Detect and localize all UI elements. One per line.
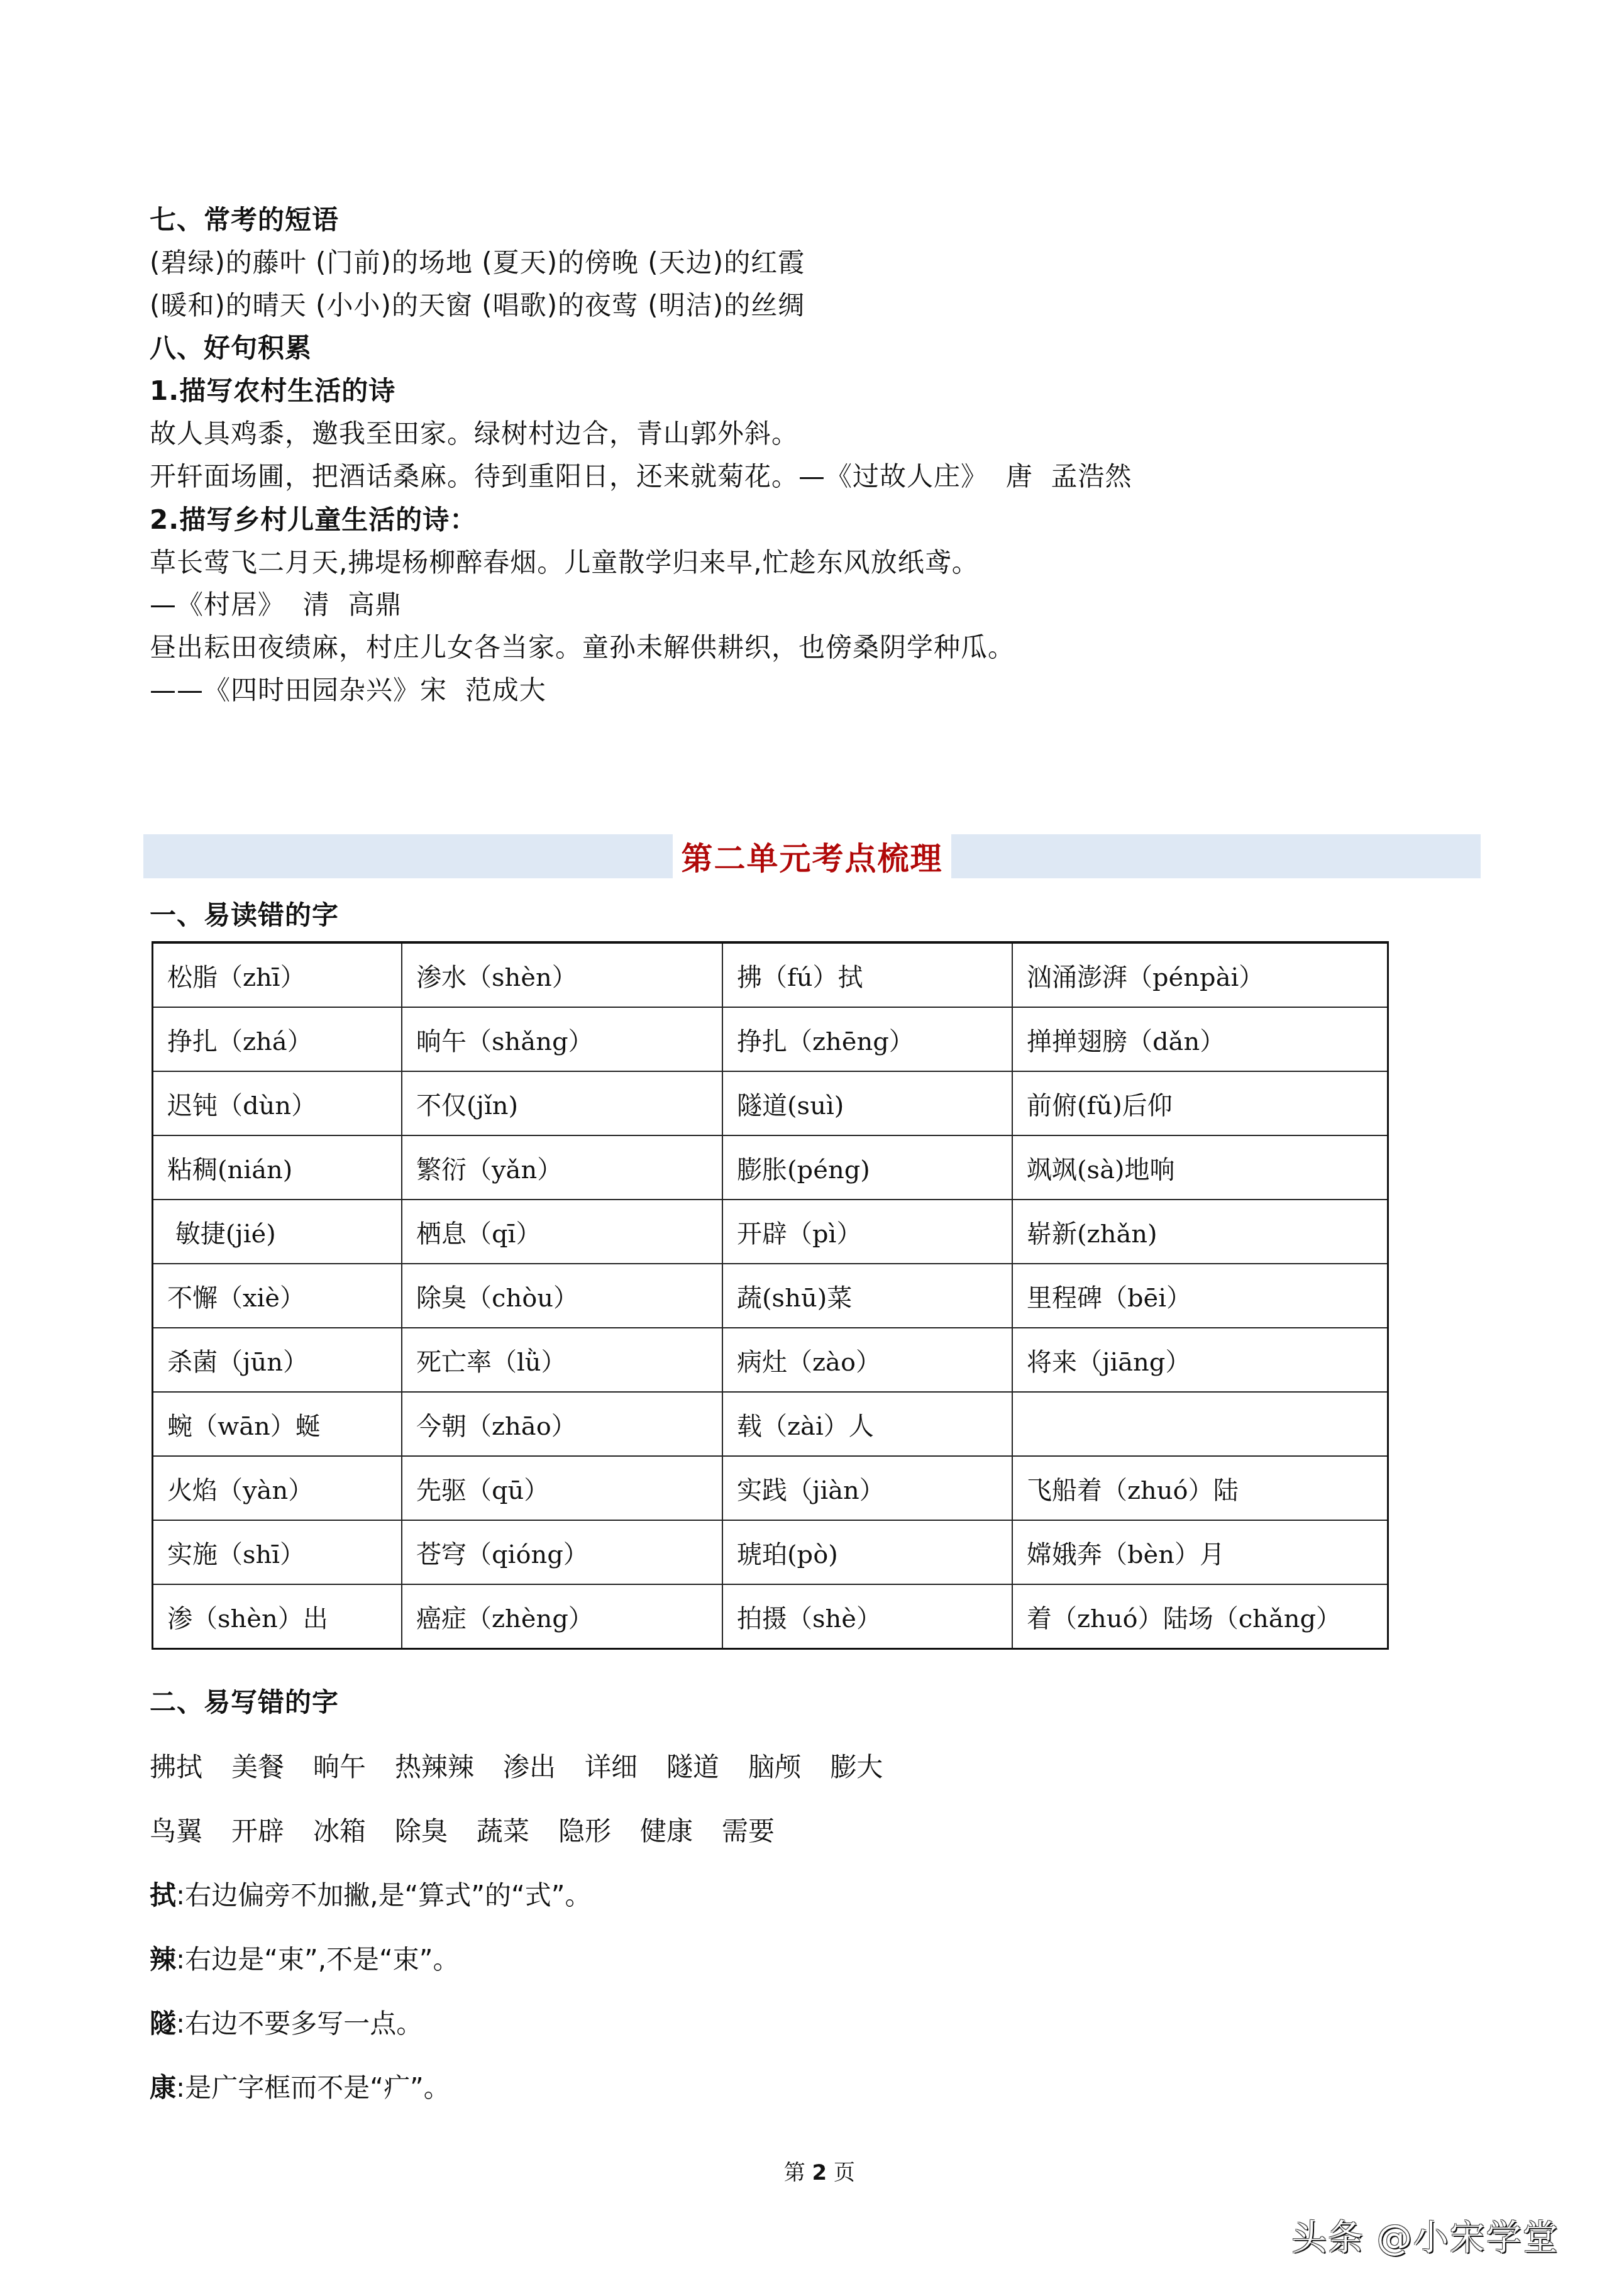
writing-heading: 二、易写错的字 xyxy=(150,1685,339,1720)
word-item: 隐形 xyxy=(558,1816,611,1846)
readings-heading: 一、易读错的字 xyxy=(150,898,339,933)
table-cell: 病灶（zào） xyxy=(722,1328,1012,1392)
table-cell: 死亡率（lǜ） xyxy=(402,1328,722,1392)
phrase-line-1: (碧绿)的藤叶 (门前)的场地 (夏天)的傍晚 (天边)的红霞 xyxy=(150,245,805,280)
poem-line: 昼出耘田夜绩麻，村庄儿女各当家。童孙未解供耕织，也傍桑阴学种瓜。 xyxy=(150,630,1015,665)
page-number-value: 2 xyxy=(812,2160,827,2185)
table-cell: 里程碑（bēi） xyxy=(1012,1264,1388,1328)
table-row: 松脂（zhī） 渗水（shèn） 拂（fú）拭 汹涌澎湃（pénpài） xyxy=(153,942,1388,1007)
section-8-heading: 八、好句积累 xyxy=(150,331,312,366)
table-cell: 琥珀(pò) xyxy=(722,1520,1012,1584)
table-cell: 迟钝（dùn） xyxy=(153,1071,402,1135)
writing-note: 辣:右边是“束”,不是“束”。 xyxy=(150,1939,460,1977)
word-item: 健康 xyxy=(640,1816,693,1846)
word-list-row-1: 拂拭美餐晌午热辣辣渗出详细隧道脑颅膨大 xyxy=(150,1747,912,1784)
table-row: 火焰（yàn） 先驱（qū） 实践（jiàn） 飞船着（zhuó）陆 xyxy=(153,1456,1388,1520)
word-item: 隧道 xyxy=(666,1752,719,1782)
poem-line: 草长莺飞二月天,拂堤杨柳醉春烟。儿童散学归来早,忙趁东风放纸鸢。 xyxy=(150,545,979,580)
note-character: 隧 xyxy=(150,2008,176,2039)
page-number-prefix: 第 xyxy=(784,2160,812,2185)
table-cell: 掸掸翅膀（dǎn） xyxy=(1012,1007,1388,1071)
note-character: 拭 xyxy=(150,1880,176,1911)
table-cell: 隧道(suì) xyxy=(722,1071,1012,1135)
table-cell: 癌症（zhèng） xyxy=(402,1584,722,1649)
table-cell: 渗（shèn）出 xyxy=(153,1584,402,1649)
subsection-2-heading: 2.描写乡村儿童生活的诗： xyxy=(150,502,477,538)
word-item: 热辣辣 xyxy=(395,1752,474,1782)
word-item: 渗出 xyxy=(503,1752,556,1782)
table-cell: 渗水（shèn） xyxy=(402,942,722,1007)
word-item: 开辟 xyxy=(231,1816,284,1846)
table-row: 敏捷(jié) 栖息（qī） 开辟（pì） 崭新(zhǎn) xyxy=(153,1200,1388,1264)
table-cell: 将来（jiāng） xyxy=(1012,1328,1388,1392)
poem-line: 故人具鸡黍，邀我至田家。绿树村边合，青山郭外斜。 xyxy=(150,416,798,451)
table-cell: 实施（shī） xyxy=(153,1520,402,1584)
table-cell: 松脂（zhī） xyxy=(153,942,402,1007)
table-cell: 开辟（pì） xyxy=(722,1200,1012,1264)
table-cell: 挣扎（zhēng） xyxy=(722,1007,1012,1071)
word-item: 需要 xyxy=(722,1816,775,1846)
table-cell-empty xyxy=(1012,1392,1388,1456)
table-cell: 飒飒(sà)地响 xyxy=(1012,1135,1388,1200)
note-text: :右边不要多写一点。 xyxy=(176,2008,423,2039)
table-cell: 栖息（qī） xyxy=(402,1200,722,1264)
note-text: :是广字框而不是“疒”。 xyxy=(176,2072,450,2103)
phrase-line-2: (暖和)的晴天 (小小)的天窗 (唱歌)的夜莺 (明洁)的丝绸 xyxy=(150,288,805,323)
table-cell: 敏捷(jié) xyxy=(153,1200,402,1264)
note-text: :右边是“束”,不是“束”。 xyxy=(176,1944,460,1975)
word-item: 美餐 xyxy=(231,1752,284,1782)
table-cell: 先驱（qū） xyxy=(402,1456,722,1520)
table-row: 实施（shī） 苍穹（qióng） 琥珀(pò) 嫦娥奔（bèn）月 xyxy=(153,1520,1388,1584)
readings-table: 松脂（zhī） 渗水（shèn） 拂（fú）拭 汹涌澎湃（pénpài） 挣扎（… xyxy=(152,941,1389,1650)
table-cell: 前俯(fǔ)后仰 xyxy=(1012,1071,1388,1135)
word-item: 除臭 xyxy=(395,1816,448,1846)
table-row: 杀菌（jūn） 死亡率（lǜ） 病灶（zào） 将来（jiāng） xyxy=(153,1328,1388,1392)
table-cell: 今朝（zhāo） xyxy=(402,1392,722,1456)
table-cell: 粘稠(nián) xyxy=(153,1135,402,1200)
table-row: 粘稠(nián) 繁衍（yǎn） 膨胀(péng) 飒飒(sà)地响 xyxy=(153,1135,1388,1200)
table-cell: 杀菌（jūn） xyxy=(153,1328,402,1392)
table-cell: 拂（fú）拭 xyxy=(722,942,1012,1007)
table-cell: 崭新(zhǎn) xyxy=(1012,1200,1388,1264)
word-list-row-2: 鸟翼开辟冰箱除臭蔬菜隐形健康需要 xyxy=(150,1811,804,1848)
poem-line: 开轩面场圃，把酒话桑麻。待到重阳日，还来就菊花。—《过故人庄》 唐 孟浩然 xyxy=(150,459,1132,494)
table-cell: 拍摄（shè） xyxy=(722,1584,1012,1649)
table-cell: 飞船着（zhuó）陆 xyxy=(1012,1456,1388,1520)
table-row: 不懈（xiè） 除臭（chòu） 蔬(shū)菜 里程碑（bēi） xyxy=(153,1264,1388,1328)
table-cell: 膨胀(péng) xyxy=(722,1135,1012,1200)
table-cell: 除臭（chòu） xyxy=(402,1264,722,1328)
table-cell: 嫦娥奔（bèn）月 xyxy=(1012,1520,1388,1584)
table-row: 蜿（wān）蜒 今朝（zhāo） 载（zài）人 xyxy=(153,1392,1388,1456)
table-cell: 繁衍（yǎn） xyxy=(402,1135,722,1200)
table-cell: 蜿（wān）蜒 xyxy=(153,1392,402,1456)
word-item: 蔬菜 xyxy=(477,1816,529,1846)
table-cell: 载（zài）人 xyxy=(722,1392,1012,1456)
note-text: :右边偏旁不加撇,是“算式”的“式”。 xyxy=(176,1880,592,1911)
poem-attribution: ——《四时田园杂兴》宋 范成大 xyxy=(150,673,546,708)
word-item: 晌午 xyxy=(313,1752,366,1782)
table-cell: 苍穹（qióng） xyxy=(402,1520,722,1584)
table-row: 迟钝（dùn） 不仅(jǐn) 隧道(suì) 前俯(fǔ)后仰 xyxy=(153,1071,1388,1135)
note-character: 康 xyxy=(150,2072,176,2103)
unit-banner-title: 第二单元考点梳理 xyxy=(682,834,943,879)
watermark: 头条 @小宋学堂 xyxy=(1291,2210,1559,2260)
table-cell: 实践（jiàn） xyxy=(722,1456,1012,1520)
writing-note: 隧:右边不要多写一点。 xyxy=(150,2003,423,2041)
word-item: 详细 xyxy=(585,1752,638,1782)
word-item: 膨大 xyxy=(830,1752,883,1782)
table-cell: 晌午（shǎng） xyxy=(402,1007,722,1071)
note-character: 辣 xyxy=(150,1944,176,1975)
word-item: 拂拭 xyxy=(150,1752,202,1782)
word-item: 鸟翼 xyxy=(150,1816,202,1846)
page-number-suffix: 页 xyxy=(827,2160,855,2185)
unit-banner-title-box: 第二单元考点梳理 xyxy=(673,834,951,878)
table-row: 渗（shèn）出 癌症（zhèng） 拍摄（shè） 着（zhuó）陆场（chǎ… xyxy=(153,1584,1388,1649)
table-cell: 蔬(shū)菜 xyxy=(722,1264,1012,1328)
writing-note: 拭:右边偏旁不加撇,是“算式”的“式”。 xyxy=(150,1875,592,1912)
table-cell: 着（zhuó）陆场（chǎng） xyxy=(1012,1584,1388,1649)
section-7-heading: 七、常考的短语 xyxy=(150,202,339,238)
table-cell: 不仅(jǐn) xyxy=(402,1071,722,1135)
writing-note: 康:是广字框而不是“疒”。 xyxy=(150,2067,450,2105)
table-row: 挣扎（zhá） 晌午（shǎng） 挣扎（zhēng） 掸掸翅膀（dǎn） xyxy=(153,1007,1388,1071)
table-cell: 火焰（yàn） xyxy=(153,1456,402,1520)
table-cell: 挣扎（zhá） xyxy=(153,1007,402,1071)
page-number: 第 2 页 xyxy=(770,2130,855,2186)
table-cell: 不懈（xiè） xyxy=(153,1264,402,1328)
subsection-1-heading: 1.描写农村生活的诗 xyxy=(150,373,395,409)
word-item: 脑颅 xyxy=(748,1752,801,1782)
table-cell: 汹涌澎湃（pénpài） xyxy=(1012,942,1388,1007)
word-item: 冰箱 xyxy=(313,1816,366,1846)
poem-attribution: —《村居》 清 高鼎 xyxy=(150,587,402,622)
